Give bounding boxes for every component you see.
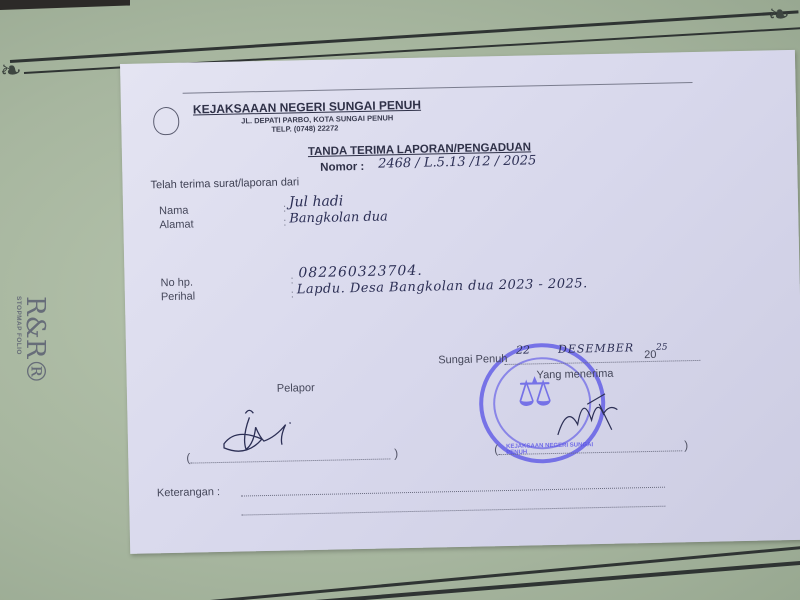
folder-brand: R&R® STOPMAP FOLIO [15, 296, 48, 384]
brand-logo: R&R® [22, 296, 48, 384]
field-label-name: Nama [159, 205, 189, 218]
reporter-sign-line [190, 446, 390, 463]
field-colon: : [291, 288, 294, 300]
field-label-subject: Perihal [161, 290, 195, 303]
corner-ornament-icon: ❧ [768, 0, 790, 30]
receiver-sign-line [498, 438, 682, 455]
field-label-address: Alamat [159, 218, 193, 231]
field-colon: : [283, 217, 286, 229]
date-day: 22 [516, 343, 530, 356]
field-colon: : [283, 203, 286, 215]
place-label: Sungai Penuh [438, 353, 507, 366]
field-value-name: Jul hadi [289, 193, 344, 210]
notes-line [241, 477, 665, 497]
prosecutor-emblem-icon [153, 107, 180, 136]
reporter-paren-close: ) [394, 446, 398, 460]
reporter-label: Pelapor [277, 382, 315, 395]
field-colon: : [290, 274, 293, 286]
corner-ornament-icon: ❧ [0, 56, 22, 86]
receipt-form: KEJAKSAAAN NEGERI SUNGAI PENUH JL. DEPAT… [120, 50, 800, 554]
notes-label: Keterangan : [157, 486, 220, 499]
intro-text: Telah terima surat/laporan dari [150, 176, 299, 191]
date-month: DESEMBER [558, 341, 634, 356]
number-value: 2468 / L.5.13 /12 / 2025 [378, 153, 537, 171]
header-rule [183, 82, 693, 94]
field-value-address: Bangkolan dua [289, 209, 388, 226]
receiver-signature [547, 383, 628, 445]
field-value-phone: 082260323704. [298, 263, 423, 282]
number-label: Nomor : [320, 161, 364, 174]
field-label-phone: No hp. [160, 277, 193, 290]
receiver-paren-close: ) [684, 438, 688, 452]
notes-line [241, 496, 665, 516]
org-phone: TELP. (0748) 22272 [271, 123, 338, 133]
date-year-suffix: 25 [656, 343, 668, 353]
receiver-label: Yang menerima [536, 368, 613, 382]
date-year-prefix: 20 [644, 349, 656, 361]
